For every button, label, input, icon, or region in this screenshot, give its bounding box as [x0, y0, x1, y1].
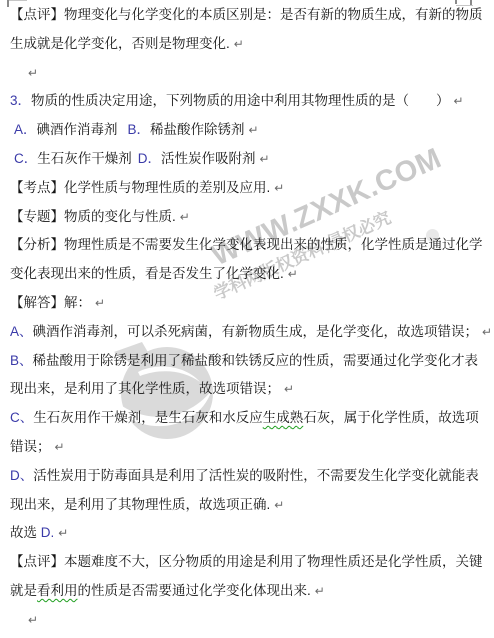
text-segment: 碘酒作消毒剂，可以杀死病菌，有新物质生成，是化学变化，故选项错误； [33, 324, 479, 339]
text-segment: D、 [10, 468, 33, 483]
text-segment: 稀盐酸用于除锈是利用了稀盐酸和铁锈反应的性质，需要通过化学变化才表 [33, 353, 479, 368]
text-segment: 活性炭用于防毒面具是利用了活性炭的吸附性，不需要发生化学变化就能表 [33, 468, 479, 483]
text-line: 故选 D.↵ [0, 519, 494, 548]
text-segment: 生石灰用作干燥剂，是生石灰和水反应 [33, 410, 263, 425]
text-line: 变化表现出来的性质，看是否发生了化学变化.↵ [0, 260, 494, 289]
text-segment: 【解答】解： [10, 295, 91, 310]
text-line: ↵ [0, 59, 494, 88]
text-segment: 活性炭作吸附剂 [161, 151, 256, 166]
text-line: 生成就是化学变化，否则是物理变化.↵ [0, 30, 494, 59]
paragraph-mark-icon: ↵ [234, 37, 244, 51]
paragraph-mark-icon: ↵ [249, 123, 259, 137]
paragraph-mark-icon: ↵ [180, 210, 190, 224]
paragraph-mark-icon: ↵ [260, 152, 270, 166]
text-segment: D． [138, 151, 161, 166]
text-segment: 就是 [10, 583, 37, 598]
text-segment: 【专题】物质的变化与性质. [10, 209, 176, 224]
text-segment: C、 [10, 410, 33, 425]
text-segment: 物质的性质决定用途，下列物质的用途中利用其物理性质的是（ ） [31, 93, 450, 108]
text-segment: 故选 [10, 525, 41, 540]
text-line: 【分析】物理性质是不需要发生化学变化表现出来的性质，化学性质是通过化学 [0, 231, 494, 260]
paragraph-mark-icon: ↵ [482, 325, 492, 339]
paragraph-mark-icon: ↵ [315, 584, 325, 598]
text-segment: 【点评】本题难度不大，区分物质的用途是利用了物理性质还是化学性质，关键 [10, 554, 483, 569]
text-segment: 生成熟 [263, 410, 304, 425]
text-line: 现出来，是利用了其物理性质，故选项正确.↵ [0, 491, 494, 520]
text-segment: 碘酒作消毒剂 [37, 122, 118, 137]
text-line: A、碘酒作消毒剂，可以杀死病菌，有新物质生成，是化学变化，故选项错误；↵ [0, 318, 494, 347]
text-segment: 【考点】化学性质与物理性质的差别及应用. [10, 180, 270, 195]
paragraph-mark-icon: ↵ [454, 94, 464, 108]
text-segment: 看利用 [37, 583, 78, 598]
paragraph-mark-icon: ↵ [95, 296, 105, 310]
text-line: 错误；↵ [0, 433, 494, 462]
text-segment: 石灰，属于化学性质，故选项 [303, 410, 479, 425]
page-edge-artifact-left [7, 0, 9, 7]
text-segment: 错误； [10, 439, 51, 454]
text-line: D、活性炭用于防毒面具是利用了活性炭的吸附性，不需要发生化学变化就能表 [0, 462, 494, 491]
page-edge-artifact-right-h [456, 5, 473, 6]
text-line: C、生石灰用作干燥剂，是生石灰和水反应生成熟石灰，属于化学性质，故选项 [0, 404, 494, 433]
text-segment: C． [14, 151, 37, 166]
text-line: 就是看利用的性质是否需要通过化学变化体现出来.↵ [0, 577, 494, 606]
page-edge-artifact-left-h [9, 0, 27, 1]
paragraph-mark-icon: ↵ [55, 440, 65, 454]
text-line: 【考点】化学性质与物理性质的差别及应用.↵ [0, 174, 494, 203]
paragraph-mark-icon: ↵ [284, 382, 294, 396]
text-segment: 生成就是化学变化，否则是物理变化. [10, 36, 230, 51]
text-line: 【点评】物理变化与化学变化的本质区别是：是否有新的物质生成，有新的物质 [0, 1, 494, 30]
text-segment: 变化表现出来的性质，看是否发生了化学变化. [10, 266, 284, 281]
page-edge-artifact-right1 [455, 0, 457, 4]
text-segment: 现出来，是利用了其化学性质，故选项错误； [10, 381, 280, 396]
text-line: A．碘酒作消毒剂B．稀盐酸作除锈剂↵ [0, 116, 494, 145]
text-segment: B、 [10, 353, 33, 368]
paragraph-mark-icon: ↵ [274, 181, 284, 195]
text-segment: B． [128, 122, 151, 137]
text-line: 【专题】物质的变化与性质.↵ [0, 203, 494, 232]
paragraph-mark-icon: ↵ [288, 267, 298, 281]
text-line: 【解答】解：↵ [0, 289, 494, 318]
document-body: 【点评】物理变化与化学变化的本质区别是：是否有新的物质生成，有新的物质生成就是化… [0, 1, 494, 635]
text-line: 3．物质的性质决定用途，下列物质的用途中利用其物理性质的是（ ）↵ [0, 87, 494, 116]
paragraph-mark-icon: ↵ [274, 498, 284, 512]
text-segment: A、 [10, 324, 33, 339]
text-line: C．生石灰作干燥剂D．活性炭作吸附剂↵ [0, 145, 494, 174]
text-segment: 的性质是否需要通过化学变化体现出来. [78, 583, 311, 598]
text-segment: 【点评】物理变化与化学变化的本质区别是：是否有新的物质生成，有新的物质 [10, 7, 483, 22]
text-line: ↵ [0, 606, 494, 635]
paragraph-mark-icon: ↵ [28, 613, 38, 627]
text-segment: 稀盐酸作除锈剂 [150, 122, 245, 137]
spacer [118, 133, 128, 134]
text-segment: 【分析】物理性质是不需要发生化学变化表现出来的性质，化学性质是通过化学 [10, 237, 483, 252]
paragraph-mark-icon: ↵ [28, 66, 38, 80]
text-segment: 生石灰作干燥剂 [37, 151, 132, 166]
paragraph-mark-icon: ↵ [58, 526, 68, 540]
text-segment: A． [14, 122, 37, 137]
text-segment: 现出来，是利用了其物理性质，故选项正确. [10, 497, 270, 512]
text-segment: 3． [10, 93, 31, 108]
text-line: B、稀盐酸用于除锈是利用了稀盐酸和铁锈反应的性质，需要通过化学变化才表 [0, 347, 494, 376]
text-line: 【点评】本题难度不大，区分物质的用途是利用了物理性质还是化学性质，关键 [0, 548, 494, 577]
text-line: 现出来，是利用了其化学性质，故选项错误；↵ [0, 375, 494, 404]
text-segment: D. [41, 525, 55, 540]
